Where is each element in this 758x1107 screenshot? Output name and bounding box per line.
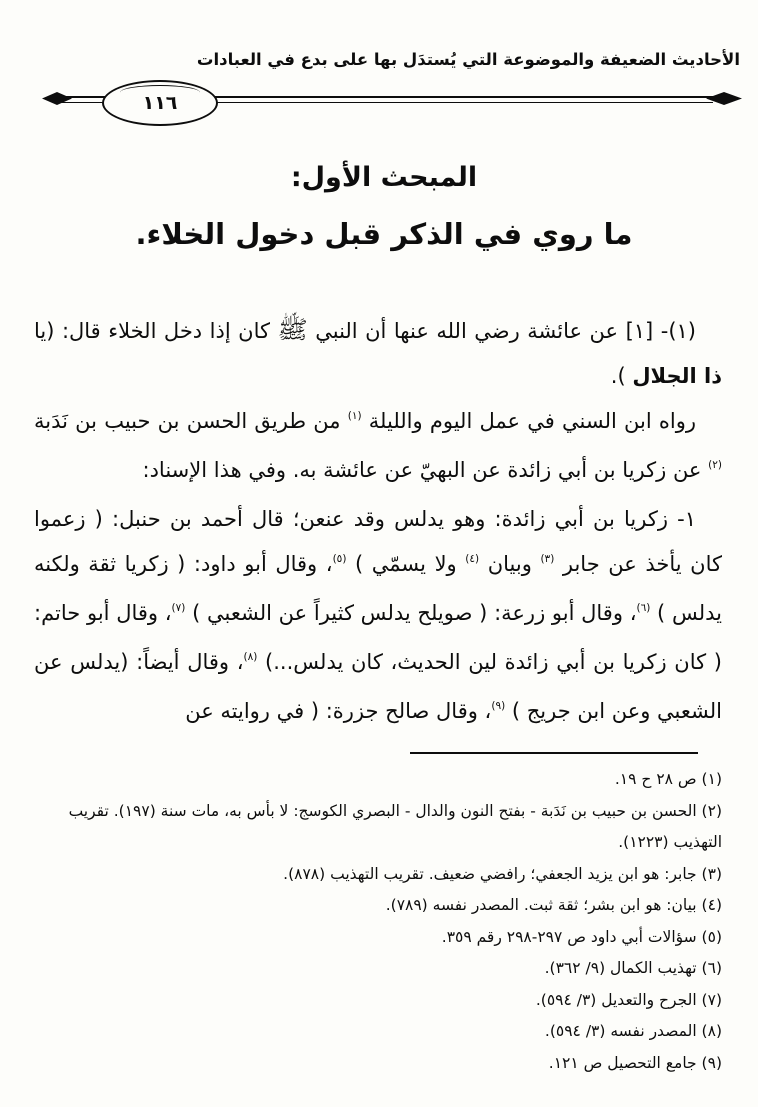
- footnote-5: (٥) سؤالات أبي داود ص ٢٩٧-٢٩٨ رقم ٣٥٩.: [34, 922, 722, 954]
- isnad-text: عن زكريا بن أبي زائدة عن البهيّ عن عائشة…: [143, 458, 709, 482]
- footnote-2: (٢) الحسن بن حبيب بن نَدَبة - بفتح النون…: [34, 796, 722, 859]
- hadith-text: (١)- [١] عن عائشة رضي الله عنها أن النبي: [308, 319, 696, 343]
- critique-text: وبيان: [479, 552, 540, 576]
- page-number-badge: ١١٦: [102, 80, 218, 126]
- footnote-4: (٤) بيان: هو ابن بشر؛ ثقة ثبت. المصدر نف…: [34, 890, 722, 922]
- footnote-6: (٦) تهذيب الكمال (٩/ ٣٦٢).: [34, 953, 722, 985]
- section-subtitle: ما روي في الذكر قبل دخول الخلاء.: [30, 217, 738, 251]
- hadith-matn-bold: ذا الجلال: [632, 364, 722, 388]
- book-page: الأحاديث الضعيفة والموضوعة التي يُستدَل …: [0, 0, 758, 1107]
- hadith-text: ).: [611, 364, 633, 388]
- footnote-ref-2: (٢): [708, 459, 722, 471]
- critique-text: ، وقال صالح جزرة: ( في روايته عن: [185, 699, 491, 723]
- footnote-ref-6: (٦): [636, 602, 650, 614]
- footnote-9: (٩) جامع التحصيل ص ١٢١.: [34, 1048, 722, 1080]
- footnote-7: (٧) الجرح والتعديل (٣/ ٥٩٤).: [34, 985, 722, 1017]
- critique-text: ولا يسمّي ): [346, 552, 465, 576]
- footnote-ref-8: (٨): [244, 651, 258, 663]
- paragraph-narrator-critique: ١- زكريا بن أبي زائدة: وهو يدلس وقد عنعن…: [34, 497, 722, 738]
- footnote-1: (١) ص ٢٨ ح ١٩.: [34, 764, 722, 796]
- book-title: الأحاديث الضعيفة والموضوعة التي يُستدَل …: [197, 50, 740, 69]
- isnad-text: رواه ابن السني في عمل اليوم والليلة: [362, 409, 696, 433]
- section-heading: المبحث الأول:: [30, 162, 738, 193]
- paragraph-isnad: رواه ابن السني في عمل اليوم والليلة (١) …: [34, 399, 722, 497]
- isnad-text: من طريق الحسن بن حبيب بن نَدَبة: [34, 409, 348, 433]
- pbuh-ligature-icon: ﷺ: [278, 315, 308, 344]
- footnote-ref-3: (٣): [540, 553, 554, 565]
- footnote-ref-5: (٥): [333, 553, 347, 565]
- footnote-ref-1: (١): [348, 410, 362, 422]
- footnote-ref-4: (٤): [465, 553, 479, 565]
- footnote-8: (٨) المصدر نفسه (٣/ ٥٩٤).: [34, 1016, 722, 1048]
- page-content: المبحث الأول: ما روي في الذكر قبل دخول ا…: [0, 150, 758, 1079]
- paragraph-hadith: (١)- [١] عن عائشة رضي الله عنها أن النبي…: [34, 307, 722, 399]
- footnote-3: (٣) جابر: هو ابن يزيد الجعفي؛ رافضي ضعيف…: [34, 859, 722, 891]
- footnotes-block: (١) ص ٢٨ ح ١٩. (٢) الحسن بن حبيب بن نَدَ…: [30, 764, 738, 1079]
- body-text: (١)- [١] عن عائشة رضي الله عنها أن النبي…: [30, 307, 738, 738]
- footnote-ref-7: (٧): [172, 602, 186, 614]
- right-diamond-arrow-icon: [706, 92, 742, 105]
- left-diamond-arrow-icon: [42, 92, 72, 105]
- footnote-separator: [410, 752, 698, 754]
- hadith-text: كان إذا دخل الخلاء قال: (يا: [34, 319, 278, 343]
- page-number: ١١٦: [143, 94, 178, 113]
- critique-text: ، وقال أبو زرعة: ( صويلح يدلس كثيراً عن …: [185, 601, 636, 625]
- footnote-ref-9: (٩): [491, 700, 505, 712]
